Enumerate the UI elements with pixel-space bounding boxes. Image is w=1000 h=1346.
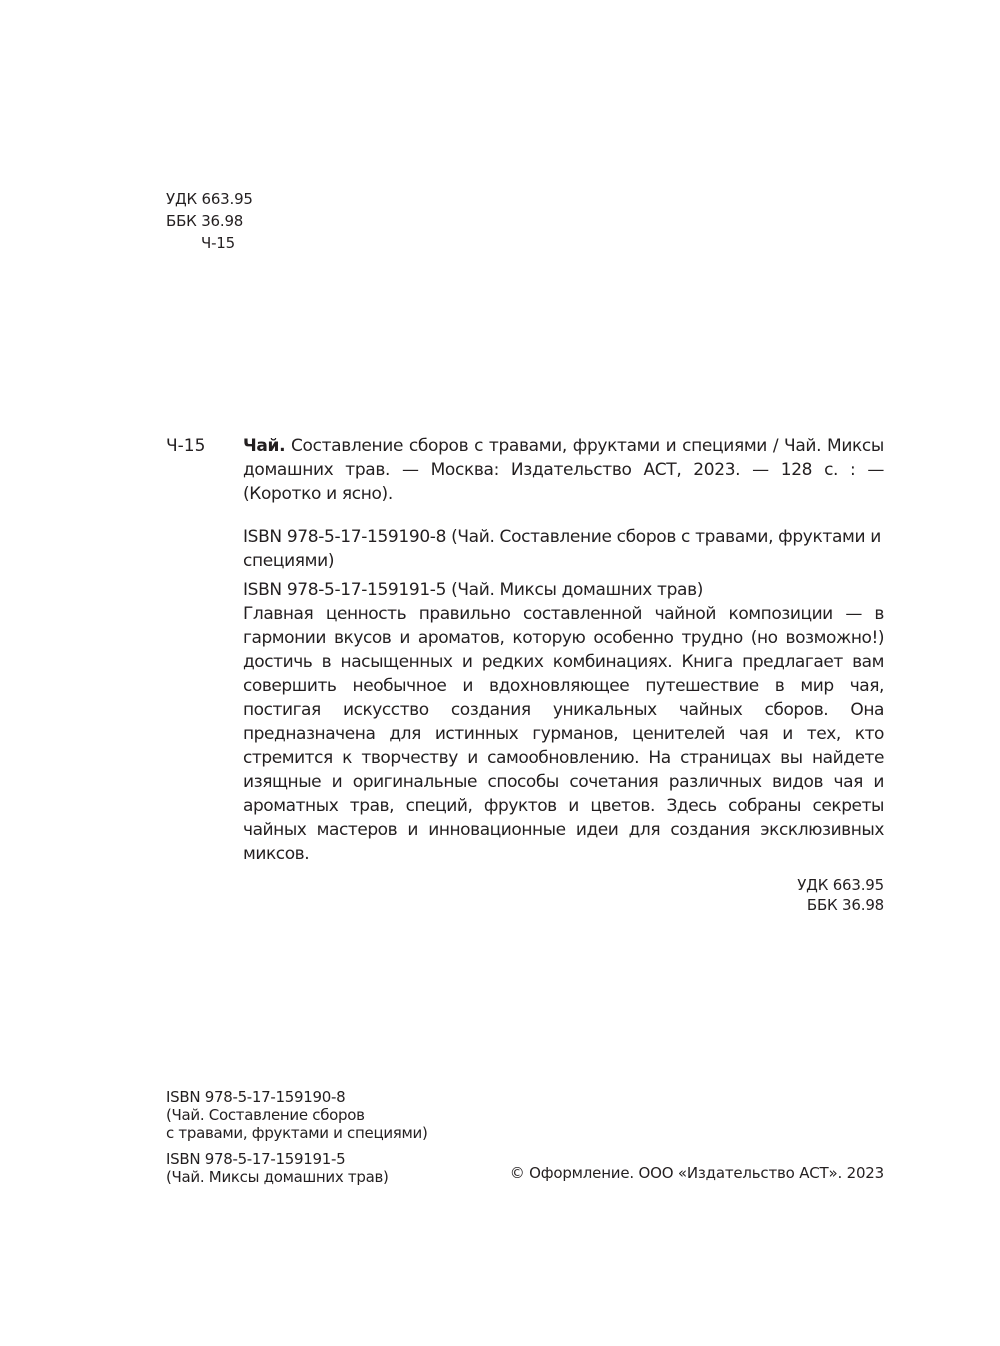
classification-codes-top: УДК 663.95 ББК 36.98 Ч-15	[166, 188, 253, 254]
bottom-isbn-entry: ISBN 978-5-17-159191-5 (Чай. Миксы домаш…	[166, 1150, 466, 1186]
author-mark: Ч-15	[166, 232, 253, 254]
udk-code: УДК 663.95	[243, 875, 884, 895]
bbk-code: ББК 36.98	[166, 210, 253, 232]
entry-title: Чай.	[243, 436, 285, 456]
bottom-isbn-entry: ISBN 978-5-17-159190-8 (Чай. Составление…	[166, 1088, 466, 1142]
entry-citation: Составление сборов с травами, фруктами и…	[243, 436, 884, 504]
udk-code: УДК 663.95	[166, 188, 253, 210]
bottom-isbn-block: ISBN 978-5-17-159190-8 (Чай. Составление…	[166, 1088, 466, 1186]
entry-author-mark: Ч-15	[166, 434, 205, 458]
isbn-list: ISBN 978-5-17-159190-8 (Чай. Составление…	[243, 525, 884, 602]
annotation: Главная ценность правильно составленной …	[243, 602, 884, 866]
copyright-notice: © Оформление. ООО «Издательство АСТ». 20…	[510, 1163, 884, 1183]
isbn-entry: ISBN 978-5-17-159191-5 (Чай. Миксы домаш…	[243, 578, 884, 602]
isbn-number: ISBN 978-5-17-159191-5	[166, 1150, 466, 1168]
classification-codes-bottom: УДК 663.95 ББК 36.98	[243, 875, 884, 915]
isbn-number: ISBN 978-5-17-159190-8	[166, 1088, 466, 1106]
bibliographic-block: Чай. Составление сборов с травами, фрукт…	[243, 434, 884, 915]
isbn-title-line: с травами, фруктами и специями)	[166, 1124, 466, 1142]
isbn-entry: ISBN 978-5-17-159190-8 (Чай. Составление…	[243, 525, 884, 573]
isbn-title-line: (Чай. Составление сборов	[166, 1106, 466, 1124]
bbk-code: ББК 36.98	[243, 895, 884, 915]
isbn-title-line: (Чай. Миксы домашних трав)	[166, 1168, 466, 1186]
bibliographic-entry: Чай. Составление сборов с травами, фрукт…	[243, 434, 884, 506]
